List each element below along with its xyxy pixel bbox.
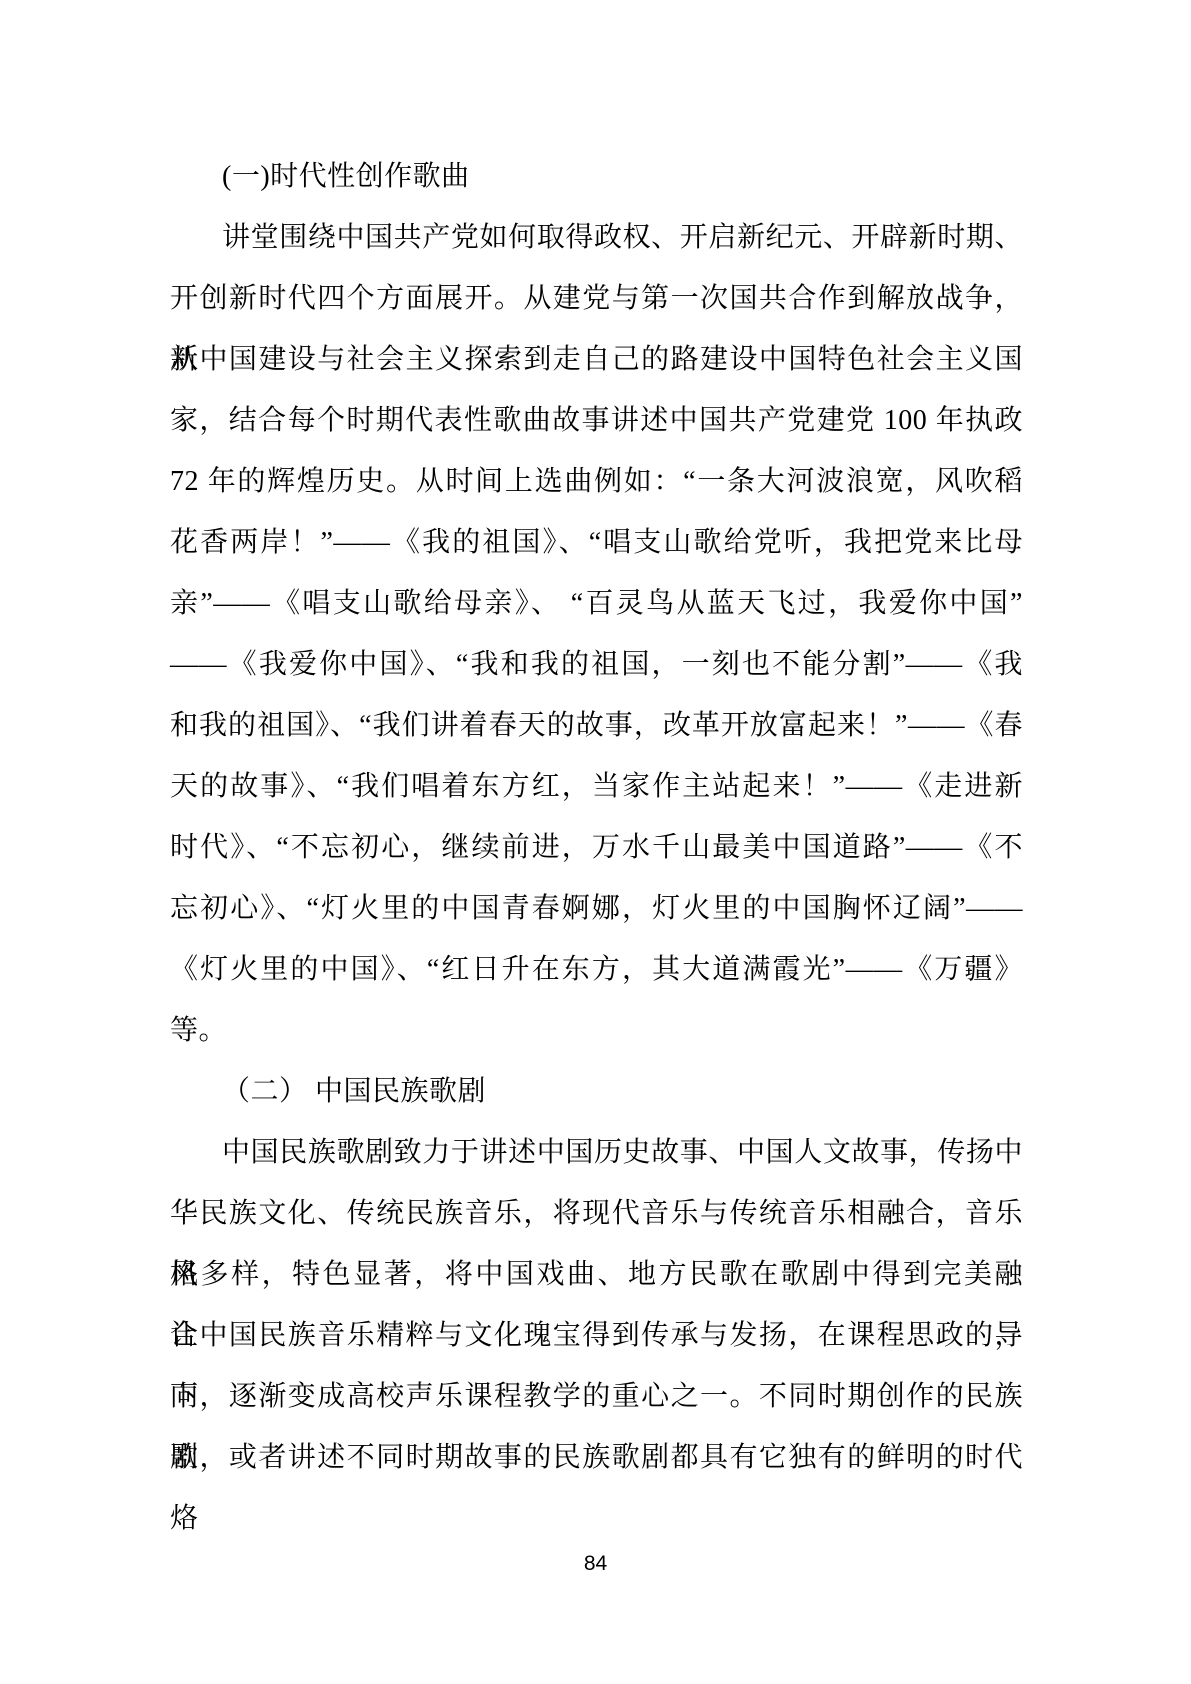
section-heading: （二） 中国民族歌剧 [170, 1061, 1023, 1122]
text-line: 时代》、“不忘初心，继续前进，万水千山最美中国道路”——《不 [170, 817, 1023, 878]
text-line: 新中国建设与社会主义探索到走自己的路建设中国特色社会主义国 [170, 329, 1023, 390]
text-line: 72 年的辉煌历史。从时间上选曲例如：“一条大河波浪宽，风吹稻 [170, 451, 1023, 512]
text-line: ——《我爱你中国》、“我和我的祖国，一刻也不能分割”——《我 [170, 634, 1023, 695]
section-heading: (一)时代性创作歌曲 [170, 146, 1023, 207]
text-line: 格多样，特色显著，将中国戏曲、地方民歌在歌剧中得到完美融合， [170, 1244, 1023, 1305]
text-line: 忘初心》、“灯火里的中国青春婀娜，灯火里的中国胸怀辽阔”—— [170, 878, 1023, 939]
text-line: 家，结合每个时期代表性歌曲故事讲述中国共产党建党 100 年执政 [170, 390, 1023, 451]
page-number: 84 [0, 1552, 1191, 1576]
text-line: 亲”——《唱支山歌给母亲》、 “百灵鸟从蓝天飞过，我爱你中国” [170, 573, 1023, 634]
text-line: 天的故事》、“我们唱着东方红，当家作主站起来！”——《走进新 [170, 756, 1023, 817]
text-line: 花香两岸！”——《我的祖国》、“唱支山歌给党听，我把党来比母 [170, 512, 1023, 573]
text-line: 中国民族歌剧致力于讲述中国历史故事、中国人文故事，传扬中 [170, 1122, 1023, 1183]
text-line: 让中国民族音乐精粹与文化瑰宝得到传承与发扬，在课程思政的导向 [170, 1305, 1023, 1366]
text-line: 讲堂围绕中国共产党如何取得政权、开启新纪元、开辟新时期、 [170, 207, 1023, 268]
text-line: 《灯火里的中国》、“红日升在东方，其大道满霞光”——《万疆》 [170, 939, 1023, 1000]
text-line: 华民族文化、传统民族音乐，将现代音乐与传统音乐相融合，音乐风 [170, 1183, 1023, 1244]
text-line: 下，逐渐变成高校声乐课程教学的重心之一。不同时期创作的民族歌 [170, 1366, 1023, 1427]
page-body-text: (一)时代性创作歌曲讲堂围绕中国共产党如何取得政权、开启新纪元、开辟新时期、开创… [170, 146, 1023, 1488]
text-line: 开创新时代四个方面展开。从建党与第一次国共合作到解放战争，从 [170, 268, 1023, 329]
text-line: 剧，或者讲述不同时期故事的民族歌剧都具有它独有的鲜明的时代烙 [170, 1427, 1023, 1488]
text-line: 等。 [170, 1000, 1023, 1061]
text-line: 和我的祖国》、“我们讲着春天的故事，改革开放富起来！”——《春 [170, 695, 1023, 756]
document-page: (一)时代性创作歌曲讲堂围绕中国共产党如何取得政权、开启新纪元、开辟新时期、开创… [0, 0, 1191, 1684]
